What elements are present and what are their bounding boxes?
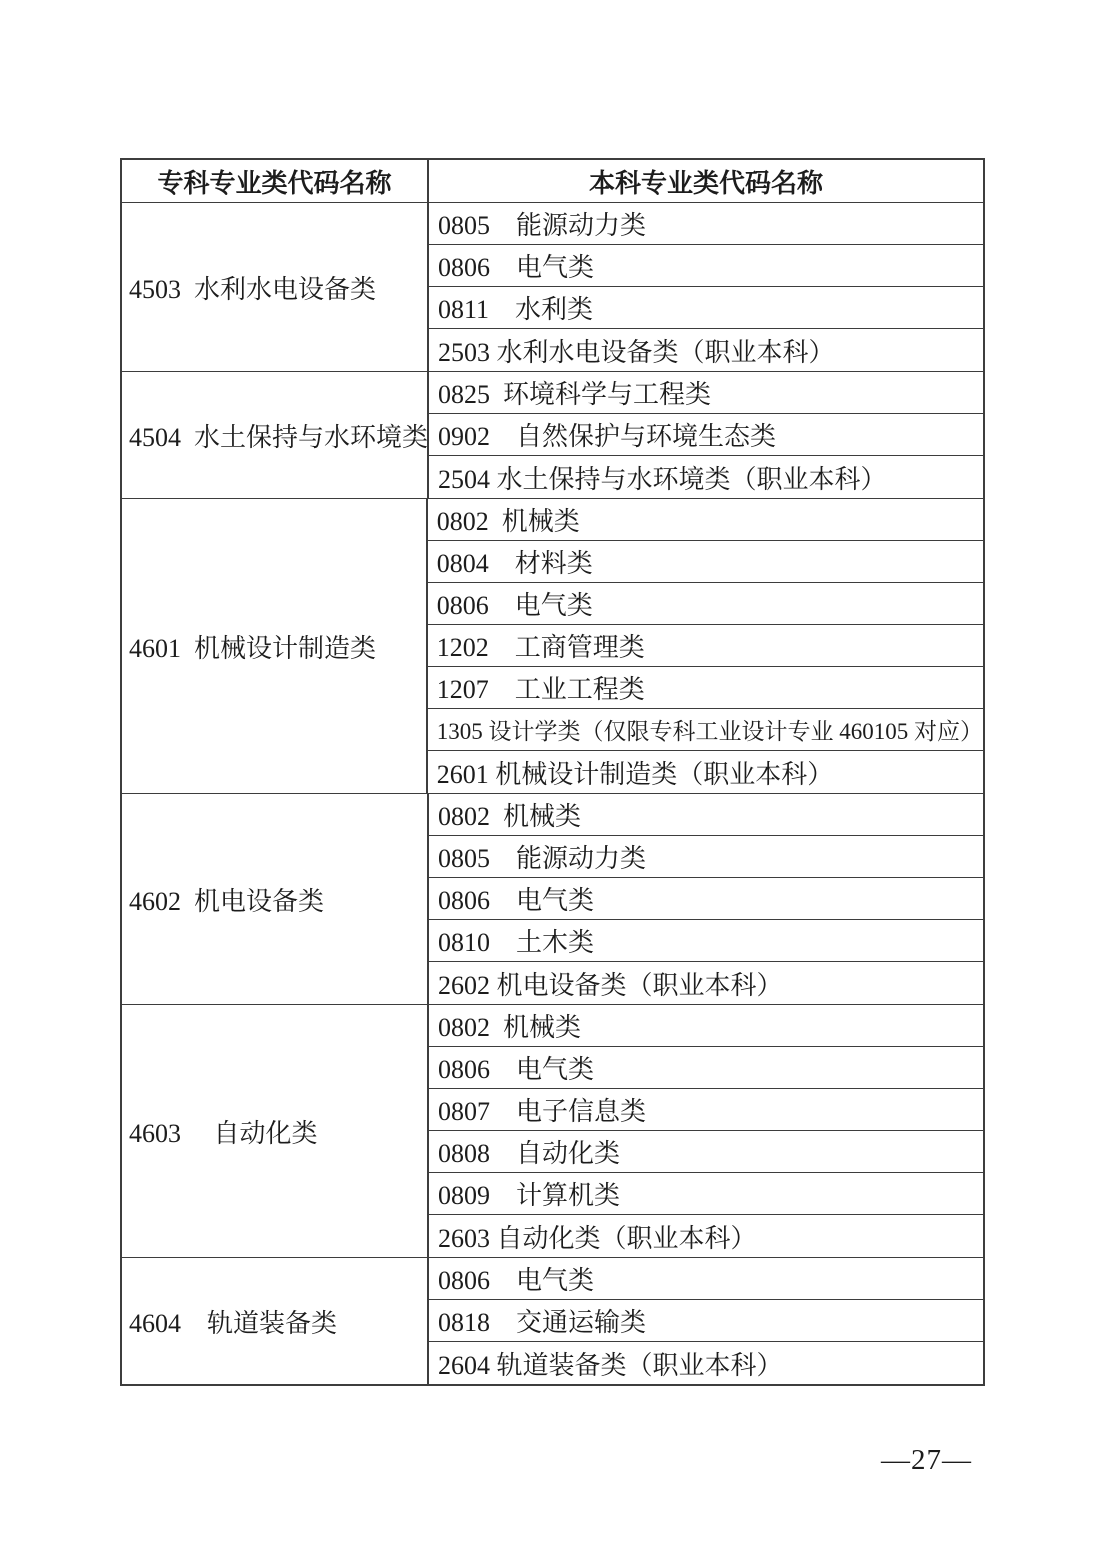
undergrad-category-row: 0807 电子信息类 [429,1089,983,1131]
category-group: 4602 机电设备类0802 机械类0805 能源动力类0806 电气类0810… [122,794,983,1005]
undergrad-category-row: 0806 电气类 [429,1258,983,1300]
undergrad-category-row: 1202 工商管理类 [428,625,983,667]
undergrad-category-row: 2602 机电设备类（职业本科） [429,962,983,1004]
specialty-category-cell: 4504 水土保持与水环境类 [122,372,429,498]
undergrad-category-row: 0825 环境科学与工程类 [429,372,983,414]
undergrad-category-row: 0809 计算机类 [429,1173,983,1215]
undergrad-category-row: 0902 自然保护与环境生态类 [429,414,983,456]
undergrad-category-row: 0810 土木类 [429,920,983,962]
undergrad-rows: 0802 机械类0804 材料类0806 电气类1202 工商管理类1207 工… [428,499,983,793]
undergrad-category-row: 0811 水利类 [429,287,983,329]
code-mapping-table: 专科专业类代码名称 本科专业类代码名称 4503 水利水电设备类0805 能源动… [120,158,985,1386]
undergrad-category-row: 0805 能源动力类 [429,836,983,878]
specialty-category-cell: 4503 水利水电设备类 [122,203,429,371]
undergrad-category-row: 0804 材料类 [428,541,983,583]
undergrad-category-row: 0818 交通运输类 [429,1300,983,1342]
undergrad-category-row: 0806 电气类 [429,245,983,287]
undergrad-rows: 0802 机械类0805 能源动力类0806 电气类0810 土木类2602 机… [429,794,983,1004]
header-cell-specialty-category: 专科专业类代码名称 [122,160,429,202]
undergrad-category-row: 0805 能源动力类 [429,203,983,245]
header-cell-undergrad-category: 本科专业类代码名称 [429,160,983,202]
category-group: 4604 轨道装备类0806 电气类0818 交通运输类2604 轨道装备类（职… [122,1258,983,1384]
undergrad-category-row: 0808 自动化类 [429,1131,983,1173]
category-group: 4504 水土保持与水环境类0825 环境科学与工程类0902 自然保护与环境生… [122,372,983,499]
undergrad-rows: 0806 电气类0818 交通运输类2604 轨道装备类（职业本科） [429,1258,983,1384]
undergrad-category-row: 2503 水利水电设备类（职业本科） [429,329,983,371]
undergrad-rows: 0805 能源动力类0806 电气类0811 水利类2503 水利水电设备类（职… [429,203,983,371]
specialty-category-cell: 4603 自动化类 [122,1005,429,1257]
undergrad-category-row: 0806 电气类 [428,583,983,625]
table-body: 4503 水利水电设备类0805 能源动力类0806 电气类0811 水利类25… [122,203,983,1384]
undergrad-category-row: 0802 机械类 [429,1005,983,1047]
undergrad-category-row: 0806 电气类 [429,878,983,920]
undergrad-category-row: 2504 水土保持与水环境类（职业本科） [429,456,983,498]
specialty-category-cell: 4601 机械设计制造类 [122,499,428,793]
category-group: 4503 水利水电设备类0805 能源动力类0806 电气类0811 水利类25… [122,203,983,372]
table-header-row: 专科专业类代码名称 本科专业类代码名称 [122,160,983,203]
category-group: 4601 机械设计制造类0802 机械类0804 材料类0806 电气类1202… [122,499,983,794]
page-number: —27— [881,1444,972,1477]
undergrad-category-row: 2601 机械设计制造类（职业本科） [428,751,983,793]
undergrad-rows: 0825 环境科学与工程类0902 自然保护与环境生态类2504 水土保持与水环… [429,372,983,498]
undergrad-category-row: 2604 轨道装备类（职业本科） [429,1342,983,1384]
undergrad-category-row: 1207 工业工程类 [428,667,983,709]
specialty-category-cell: 4602 机电设备类 [122,794,429,1004]
undergrad-category-row: 0802 机械类 [429,794,983,836]
specialty-category-cell: 4604 轨道装备类 [122,1258,429,1384]
undergrad-category-row: 2603 自动化类（职业本科） [429,1215,983,1257]
category-group: 4603 自动化类0802 机械类0806 电气类0807 电子信息类0808 … [122,1005,983,1258]
undergrad-category-row: 0806 电气类 [429,1047,983,1089]
undergrad-category-row: 0802 机械类 [428,499,983,541]
undergrad-category-row: 1305 设计学类（仅限专科工业设计专业 460105 对应） [428,709,983,751]
undergrad-rows: 0802 机械类0806 电气类0807 电子信息类0808 自动化类0809 … [429,1005,983,1257]
